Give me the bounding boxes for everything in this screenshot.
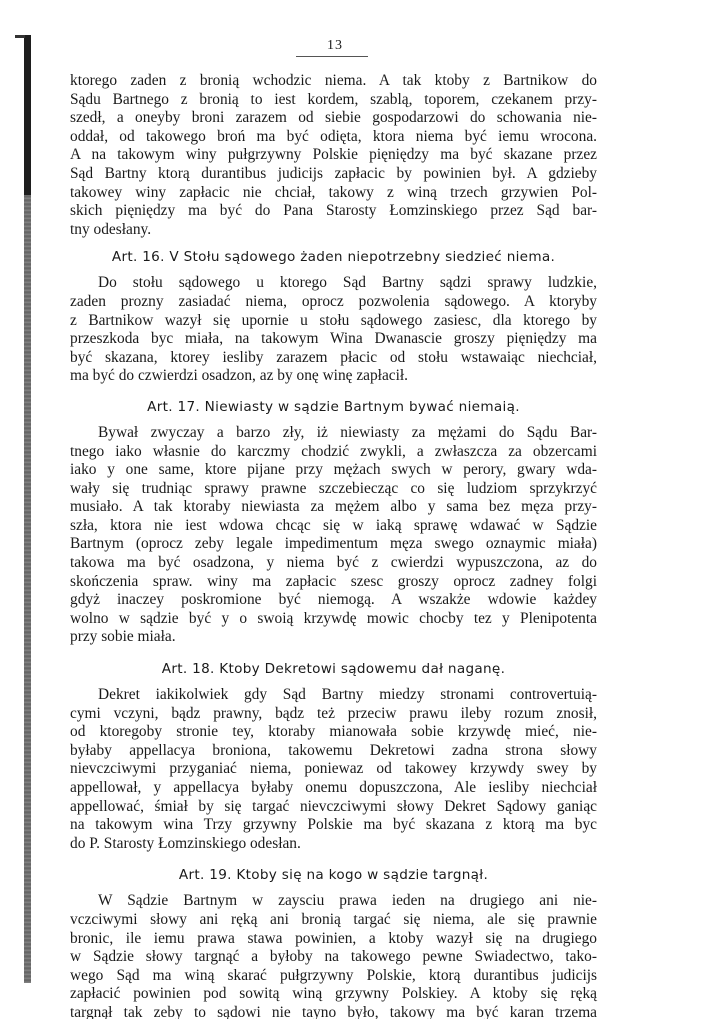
- article-18-heading: Art. 18. Ktoby Dekretowi sądowemu dał na…: [70, 660, 597, 678]
- text-line: Dekret iakikolwiek gdy Sąd Bartny miedzy…: [70, 686, 597, 705]
- text-line: appellować, śmiał by się targać nievczci…: [70, 798, 597, 817]
- text-line: byłaby appellacya broniona, takowemu Dek…: [70, 742, 597, 761]
- text-line: od ktoregoby stronie tey, ktoraby mianow…: [70, 723, 597, 742]
- text-line: tny odesłany.: [70, 221, 597, 240]
- text-line: zapłacić powinien pod sowitą winą grzywn…: [70, 985, 597, 1004]
- text-line: iako y one same, ktore pijane przy mężac…: [70, 461, 597, 480]
- text-line: oddał, od takowego broń ma być odięta, k…: [70, 128, 597, 147]
- text-line: Sądu Bartnego z bronią to iest kordem, s…: [70, 91, 597, 110]
- text-line: Sąd Bartny ktorą durantibus judicijs zap…: [70, 165, 597, 184]
- text-line: być skazana, ktorey iesliby zarazem płac…: [70, 349, 597, 368]
- text-line: wego Sąd ma winą skarać pułgrzywny Polsk…: [70, 967, 597, 986]
- text-line: do P. Starosty Łomzinskiego odesłan.: [70, 835, 597, 854]
- text-line: W Sądzie Bartnym w zaysciu prawa ieden n…: [70, 892, 597, 911]
- binding-edge-dark: [24, 35, 31, 195]
- page-body: ktorego zaden z bronią wchodzic niema. A…: [70, 72, 597, 1019]
- text-line: cymi vczyni, bądz prawny, bądz też przec…: [70, 705, 597, 724]
- text-line: przy sobie miała.: [70, 628, 597, 647]
- text-line: Do stołu sądowego u ktorego Sąd Bartny s…: [70, 274, 597, 293]
- text-line: targnął tak zeby to sądowi nie tayno był…: [70, 1004, 597, 1019]
- text-line: ktorego zaden z bronią wchodzic niema. A…: [70, 72, 597, 91]
- page-number-rule: [296, 56, 368, 57]
- text-line: A na takowym winy pułgrzywny Polskie pię…: [70, 146, 597, 165]
- text-line: takowa ma być osadzona, y niema być z cw…: [70, 554, 597, 573]
- page-number: 13: [300, 38, 370, 54]
- text-line: wolno w sądzie być y o swoią krzywdę mow…: [70, 610, 597, 629]
- text-line: appellował, y appellacya byłaby onemu do…: [70, 779, 597, 798]
- article-17-heading: Art. 17. Niewiasty w sądzie Bartnym bywa…: [70, 398, 597, 416]
- article-16-heading: Art. 16. V Stołu sądowego żaden niepotrz…: [70, 248, 597, 266]
- text-line: skończenia spraw. winy ma zapłacic szesc…: [70, 573, 597, 592]
- text-line: vczciwymi słowy ani ręką ani bronią targ…: [70, 911, 597, 930]
- article-19-heading: Art. 19. Ktoby się na kogo w sądzie targ…: [70, 866, 597, 884]
- text-line: szedł, a oneyby broni zarazem od siebie …: [70, 109, 597, 128]
- text-line: z Bartnikow wazył się upornie u stołu są…: [70, 312, 597, 331]
- text-line: szła, ktora nie iest wdowa chcąc się w i…: [70, 517, 597, 536]
- text-line: skich pięniędzy ma być do Pana Starosty …: [70, 202, 597, 221]
- article-18-paragraph: Dekret iakikolwiek gdy Sąd Bartny miedzy…: [70, 686, 597, 853]
- text-line: gdyż inaczey poskromione być niemogą. A …: [70, 591, 597, 610]
- text-line: tnego iako własnie do karczmy chodzić zw…: [70, 443, 597, 462]
- text-line: Bartnym (oprocz zeby legale impedimentum…: [70, 535, 597, 554]
- article-17-paragraph: Bywał zwyczay a barzo zły, iż niewiasty …: [70, 424, 597, 647]
- text-line: zaden prozny zasiadać niema, oprocz pozw…: [70, 293, 597, 312]
- text-line: musiało. A tak ktoraby niewiasta za męże…: [70, 498, 597, 517]
- text-line: Bywał zwyczay a barzo zły, iż niewiasty …: [70, 424, 597, 443]
- text-line: wały się trudniąc sprawy prawne szczebie…: [70, 480, 597, 499]
- text-line: nievczciwymi przyganiać niema, poniewaz …: [70, 760, 597, 779]
- article-16-paragraph: Do stołu sądowego u ktorego Sąd Bartny s…: [70, 274, 597, 386]
- text-line: ma być do czwierdzi osadzon, az by onę w…: [70, 367, 597, 386]
- text-line: bronic, ile iemu prawa stawa powinien, a…: [70, 930, 597, 949]
- text-line: takowey winy zapłacic nie chciał, takowy…: [70, 184, 597, 203]
- text-line: na takowym wina Trzy grzywny Polskie ma …: [70, 816, 597, 835]
- text-line: przeszkoda byc miała, na takowym Wina Dw…: [70, 330, 597, 349]
- text-line: w Sądzie słowy targnąć a byłoby na takow…: [70, 948, 597, 967]
- article-19-paragraph: W Sądzie Bartnym w zaysciu prawa ieden n…: [70, 892, 597, 1019]
- intro-paragraph: ktorego zaden z bronią wchodzic niema. A…: [70, 72, 597, 239]
